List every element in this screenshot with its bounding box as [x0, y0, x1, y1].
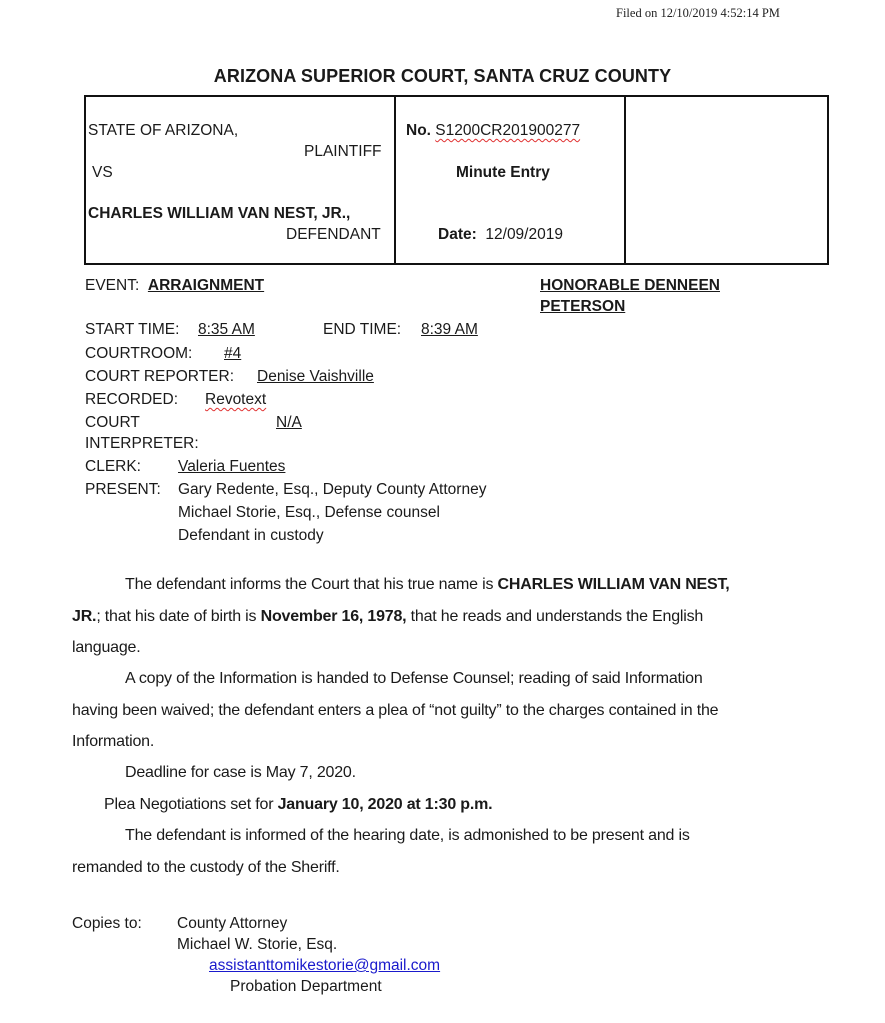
paragraph-remand: The defendant is informed of the hearing…	[72, 820, 822, 883]
date-label: Date:	[438, 226, 477, 243]
versus: VS	[92, 164, 113, 182]
case-no-label: No.	[406, 122, 431, 139]
paragraph-true-name: The defendant informs the Court that his…	[72, 569, 822, 664]
column-divider	[394, 97, 396, 263]
copies-label: Copies to:	[72, 915, 142, 933]
email-link[interactable]: assistanttomikestorie@gmail.com	[209, 957, 440, 975]
end-time-value: 8:39 AM	[421, 321, 478, 339]
filed-stamp: Filed on 12/10/2019 4:52:14 PM	[616, 6, 780, 21]
paragraph-plea-negotiations: Plea Negotiations set for January 10, 20…	[72, 789, 822, 821]
judge-name-line2: PETERSON	[540, 298, 625, 316]
caption-table: STATE OF ARIZONA, PLAINTIFF VS CHARLES W…	[84, 95, 829, 265]
defendant-name: CHARLES WILLIAM VAN NEST, JR.,	[88, 205, 350, 223]
event-line: EVENT: ARRAIGNMENT	[85, 277, 264, 295]
case-no-value: S1200CR201900277	[435, 122, 580, 139]
column-divider	[624, 97, 626, 263]
copy-recipient: Michael W. Storie, Esq.	[177, 936, 337, 954]
plea-negotiations-date: January 10, 2020 at 1:30 p.m.	[278, 796, 493, 813]
interpreter-value: N/A	[276, 414, 302, 432]
clerk-label: CLERK:	[85, 458, 141, 476]
defendant-true-name: CHARLES WILLIAM VAN NEST,	[498, 576, 730, 593]
reporter-value: Denise Vaishville	[257, 368, 374, 386]
present-item: Defendant in custody	[178, 527, 324, 545]
start-time-value: 8:35 AM	[198, 321, 255, 339]
copy-recipient: Probation Department	[230, 978, 382, 996]
paragraph-deadline: Deadline for case is May 7, 2020.	[72, 757, 822, 789]
date-value: 12/09/2019	[485, 226, 563, 243]
recorded-value: Revotext	[205, 391, 266, 409]
interpreter-label-2: INTERPRETER:	[85, 435, 199, 453]
present-item: Gary Redente, Esq., Deputy County Attorn…	[178, 481, 486, 499]
defendant-label: DEFENDANT	[286, 226, 381, 244]
courtroom-label: COURTROOM:	[85, 345, 192, 363]
case-number: No. S1200CR201900277	[406, 122, 580, 140]
present-item: Michael Storie, Esq., Defense counsel	[178, 504, 440, 522]
copy-recipient: County Attorney	[177, 915, 287, 933]
start-time-label: START TIME:	[85, 321, 179, 339]
courtroom-value: #4	[224, 345, 241, 363]
interpreter-label-1: COURT	[85, 414, 140, 432]
end-time-label: END TIME:	[323, 321, 401, 339]
plaintiff-name: STATE OF ARIZONA,	[88, 122, 238, 140]
paragraph-plea: A copy of the Information is handed to D…	[72, 663, 822, 758]
event-value: ARRAIGNMENT	[148, 277, 264, 294]
clerk-value: Valeria Fuentes	[178, 458, 285, 476]
event-label: EVENT:	[85, 277, 139, 294]
plaintiff-label: PLAINTIFF	[304, 143, 382, 161]
date-of-birth: November 16, 1978,	[261, 608, 407, 625]
judge-name-line1: HONORABLE DENNEEN	[540, 277, 720, 295]
reporter-label: COURT REPORTER:	[85, 368, 234, 386]
court-title: ARIZONA SUPERIOR COURT, SANTA CRUZ COUNT…	[0, 66, 885, 87]
caption-date: Date: 12/09/2019	[438, 226, 563, 244]
present-label: PRESENT:	[85, 481, 161, 499]
document-type: Minute Entry	[456, 164, 550, 182]
recorded-label: RECORDED:	[85, 391, 178, 409]
